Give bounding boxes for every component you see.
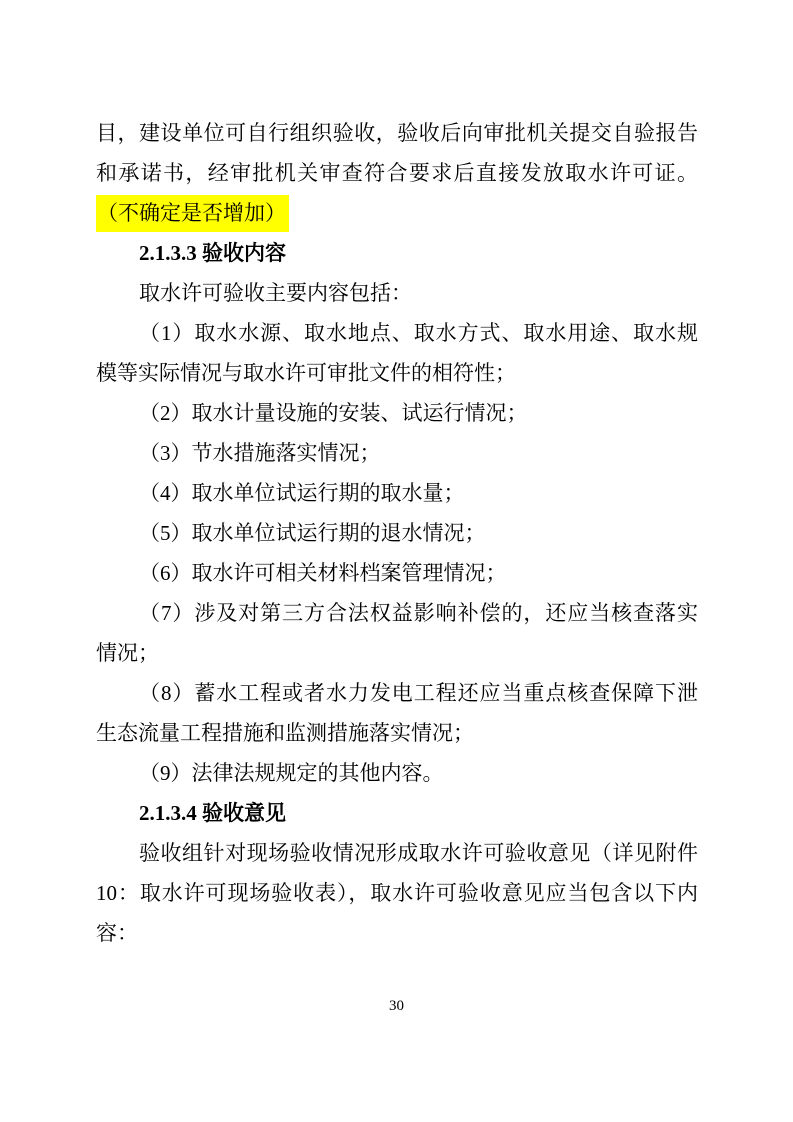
section-heading-2-1-3-3: 2.1.3.3 验收内容 xyxy=(96,233,698,273)
highlighted-note: （不确定是否增加） xyxy=(96,195,289,232)
paragraph-acceptance-opinion-line-1: 验收组针对现场验收情况形成取水许可验收意见（详见附件 xyxy=(96,833,698,873)
list-item-1-line-1: （1）取水水源、取水地点、取水方式、取水用途、取水规 xyxy=(96,313,698,353)
list-item-7-line-2: 情况； xyxy=(96,633,698,673)
page-number: 30 xyxy=(0,996,793,1016)
body-line-continuation-2: 和承诺书，经审批机关审查符合要求后直接发放取水许可证。 xyxy=(96,153,698,193)
paragraph-acceptance-opinion-line-2: 10：取水许可现场验收表），取水许可验收意见应当包含以下内 xyxy=(96,873,698,913)
list-item-8-line-2: 生态流量工程措施和监测措施落实情况； xyxy=(96,713,698,753)
list-item-4: （4）取水单位试运行期的取水量； xyxy=(96,473,698,513)
body-line-continuation-1: 目，建设单位可自行组织验收，验收后向审批机关提交自验报告 xyxy=(96,113,698,153)
list-item-3: （3）节水措施落实情况； xyxy=(96,433,698,473)
list-item-5: （5）取水单位试运行期的退水情况； xyxy=(96,513,698,553)
document-page: 目，建设单位可自行组织验收，验收后向审批机关提交自验报告 和承诺书，经审批机关审… xyxy=(0,0,793,1122)
list-item-7-line-1: （7）涉及对第三方合法权益影响补偿的，还应当核查落实 xyxy=(96,593,698,633)
section-heading-2-1-3-4: 2.1.3.4 验收意见 xyxy=(96,793,698,833)
list-item-8-line-1: （8）蓄水工程或者水力发电工程还应当重点核查保障下泄 xyxy=(96,673,698,713)
highlighted-note-line: （不确定是否增加） xyxy=(96,193,698,233)
paragraph-acceptance-opinion-line-3: 容： xyxy=(96,913,698,953)
list-item-9: （9）法律法规规定的其他内容。 xyxy=(96,753,698,793)
document-body: 目，建设单位可自行组织验收，验收后向审批机关提交自验报告 和承诺书，经审批机关审… xyxy=(96,113,698,953)
paragraph-intro: 取水许可验收主要内容包括： xyxy=(96,273,698,313)
list-item-6: （6）取水许可相关材料档案管理情况； xyxy=(96,553,698,593)
list-item-1-line-2: 模等实际情况与取水许可审批文件的相符性； xyxy=(96,353,698,393)
list-item-2: （2）取水计量设施的安装、试运行情况； xyxy=(96,393,698,433)
